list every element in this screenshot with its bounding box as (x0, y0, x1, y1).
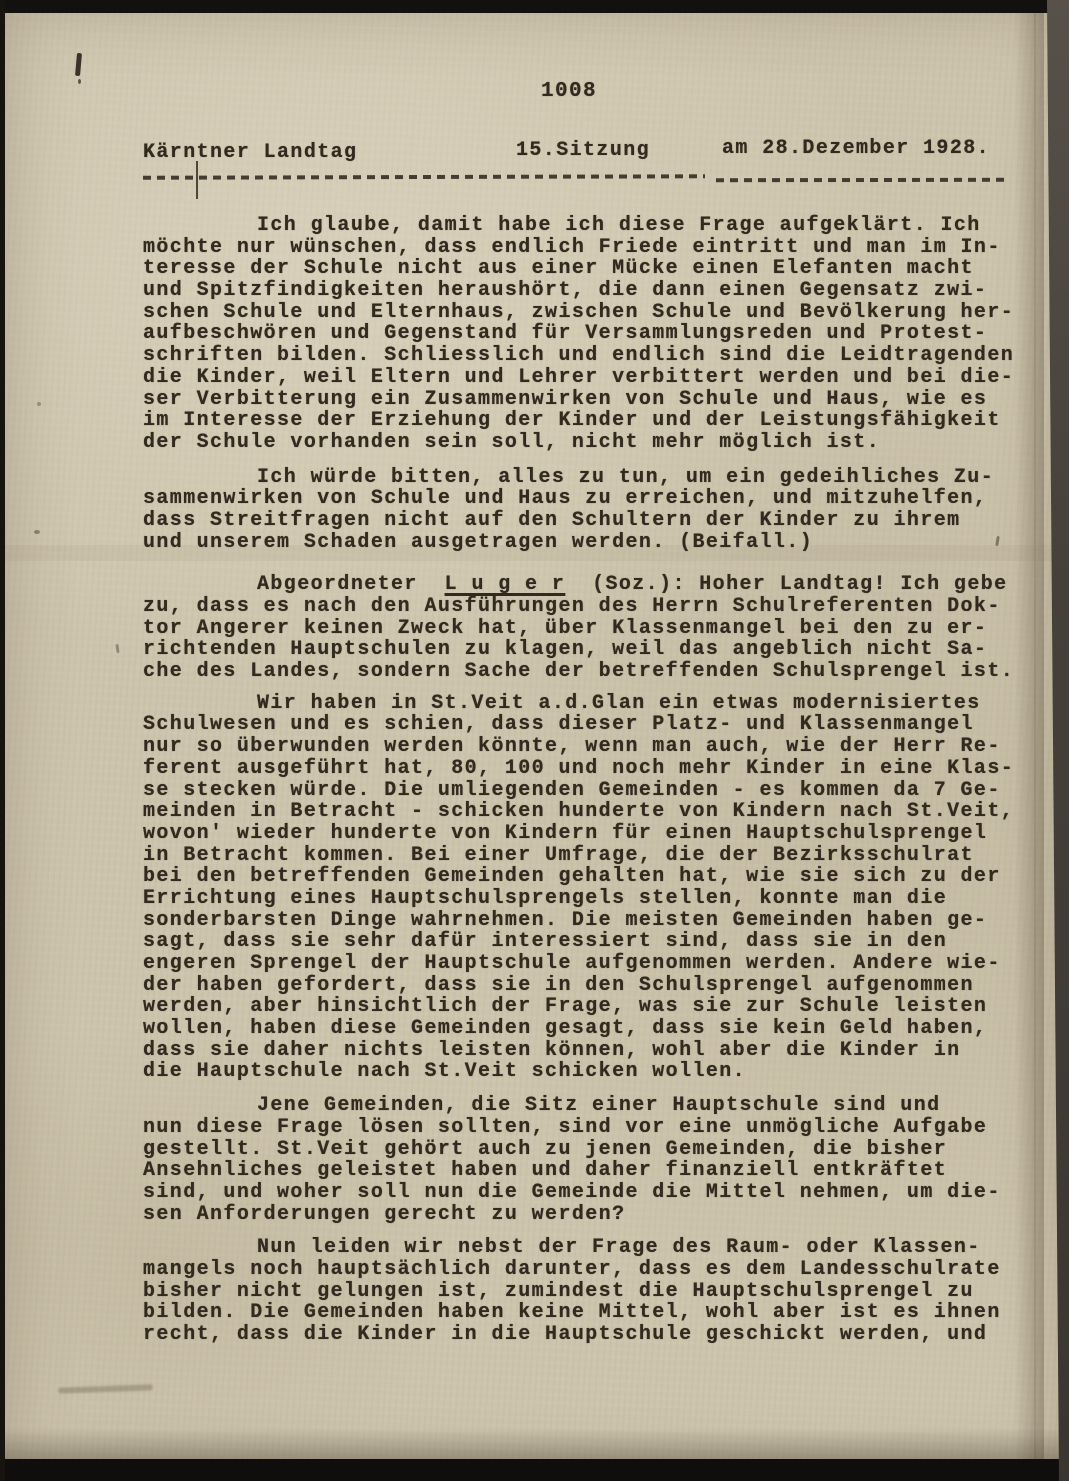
text-line: che des Landes, sondern Sache der betref… (143, 661, 1048, 683)
paragraph: Ich glaube, damit habe ich diese Frage a… (143, 215, 1048, 454)
paper-speck (115, 644, 119, 653)
text-line: Nun leiden wir nebst der Frage des Raum-… (143, 1237, 1048, 1259)
text-segment: Abgeordneter (257, 573, 445, 596)
scan-border-left (0, 0, 5, 1481)
text-line: im Interesse der Erziehung der Kinder un… (143, 410, 1048, 432)
bottom-edge-shade (0, 1428, 1069, 1459)
scanned-document-page: 1008 Kärntner Landtag 15.Sitzung am 28.D… (0, 0, 1069, 1481)
text-line: zu, dass es nach den Ausführungen des He… (143, 596, 1048, 618)
text-line: und unserem Schaden ausgetragen werden. … (143, 532, 1048, 554)
text-line: bisher nicht gelungen ist, zumindest die… (143, 1281, 1048, 1303)
paragraph: Ich würde bitten, alles zu tun, um ein g… (143, 467, 1048, 554)
text-line: der Schule vorhanden sein soll, nicht me… (143, 432, 1048, 454)
text-line: sen Anforderungen gerecht zu werden? (143, 1204, 1048, 1226)
text-line: meinden in Betracht - schicken hunderte … (143, 801, 1048, 823)
text-line: Errichtung eines Hauptschulsprengels ste… (143, 888, 1048, 910)
text-line: ser Verbitterung ein Zusammenwirken von … (143, 389, 1048, 411)
text-line: Ich würde bitten, alles zu tun, um ein g… (143, 467, 1048, 489)
text-line: dass Streitfragen nicht auf den Schulter… (143, 510, 1048, 532)
scan-border-bottom (0, 1459, 1069, 1481)
text-line: wollen, haben diese Gemeinden gesagt, da… (143, 1018, 1048, 1040)
text-line: se stecken würde. Die umliegenden Gemein… (143, 780, 1048, 802)
text-line: ferent ausgeführt hat, 80, 100 und noch … (143, 758, 1048, 780)
paragraph: Nun leiden wir nebst der Frage des Raum-… (143, 1237, 1048, 1345)
text-line: tor Angerer keinen Zweck hat, über Klass… (143, 618, 1048, 640)
text-line: die Hauptschule nach St.Veit schicken wo… (143, 1061, 1048, 1083)
text-line: dass sie daher nichts leisten können, wo… (143, 1040, 1048, 1062)
text-line: bei den betreffenden Gemeinden gehalten … (143, 866, 1048, 888)
text-line: nur so überwunden werden könnte, wenn ma… (143, 736, 1048, 758)
rule-tick-mark (196, 161, 198, 199)
text-line: Jene Gemeinden, die Sitz einer Hauptschu… (143, 1095, 1048, 1117)
text-line: möchte nur wünschen, dass endlich Friede… (143, 237, 1048, 259)
text-line: werden, aber hinsichtlich der Frage, was… (143, 996, 1048, 1018)
text-line: sind, und woher soll nun die Gemeinde di… (143, 1182, 1048, 1204)
text-line: schriften bilden. Schliesslich und endli… (143, 345, 1048, 367)
text-line: der haben gefordert, dass sie in den Sch… (143, 975, 1048, 997)
text-line: Wir haben in St.Veit a.d.Glan ein etwas … (143, 693, 1048, 715)
ink-mark (75, 53, 82, 76)
text-line: sagt, dass sie sehr dafür interessiert s… (143, 931, 1048, 953)
paper-smudge (58, 1384, 153, 1393)
session-number: 15.Sitzung (516, 139, 650, 162)
text-body: Ich glaube, damit habe ich diese Frage a… (143, 215, 1048, 1346)
text-line: sonderbarsten Dinge wahrnehmen. Die meis… (143, 910, 1048, 932)
page-number: 1008 (541, 80, 597, 103)
text-line: bilden. Die Gemeinden haben keine Mittel… (143, 1302, 1048, 1324)
paragraph: Abgeordneter L u g e r (Soz.): Hoher Lan… (143, 574, 1048, 682)
text-line: in Betracht kommen. Bei einer Umfrage, d… (143, 845, 1048, 867)
parliament-name: Kärntner Landtag (143, 141, 357, 164)
text-segment: (Soz.): Hoher Landtag! Ich gebe (565, 573, 1007, 596)
text-line: schen Schule und Elternhaus, zwischen Sc… (143, 302, 1048, 324)
paragraph: Jene Gemeinden, die Sitz einer Hauptschu… (143, 1095, 1048, 1225)
paragraph: Wir haben in St.Veit a.d.Glan ein etwas … (143, 693, 1048, 1083)
speaker-name: L u g e r (445, 573, 566, 596)
text-line: die Kinder, weil Eltern und Lehrer verbi… (143, 367, 1048, 389)
scan-border-top (0, 0, 1069, 13)
paper-speck (34, 530, 40, 534)
header-dashed-rule (716, 178, 1008, 183)
text-line: sammenwirken von Schule und Haus zu erre… (143, 488, 1048, 510)
text-line: mangels noch hauptsächlich darunter, das… (143, 1259, 1048, 1281)
text-line: nun diese Frage lösen sollten, sind vor … (143, 1117, 1048, 1139)
header-dashed-rule (143, 174, 705, 179)
text-line: und Spitzfindigkeiten heraushört, die da… (143, 280, 1048, 302)
text-line: gestellt. St.Veit gehört auch zu jenen G… (143, 1139, 1048, 1161)
text-line: Ansehnliches geleistet haben und daher f… (143, 1160, 1048, 1182)
text-line: Schulwesen und es schien, dass dieser Pl… (143, 714, 1048, 736)
text-line: richtenden Hauptschulen zu klagen, weil … (143, 639, 1048, 661)
text-line: Abgeordneter L u g e r (Soz.): Hoher Lan… (143, 574, 1048, 596)
text-line: recht, dass die Kinder in die Hauptschul… (143, 1324, 1048, 1346)
text-line: wovon' wieder hunderte von Kindern für e… (143, 823, 1048, 845)
session-date: am 28.Dezember 1928. (722, 137, 990, 160)
text-line: teresse der Schule nicht aus einer Mücke… (143, 258, 1048, 280)
text-line: aufbeschwören und Gegenstand für Versamm… (143, 323, 1048, 345)
text-line: Ich glaube, damit habe ich diese Frage a… (143, 215, 1048, 237)
paper-speck (37, 402, 41, 406)
ink-mark (78, 79, 81, 84)
text-line: engeren Sprengel der Hauptschule aufgeno… (143, 953, 1048, 975)
